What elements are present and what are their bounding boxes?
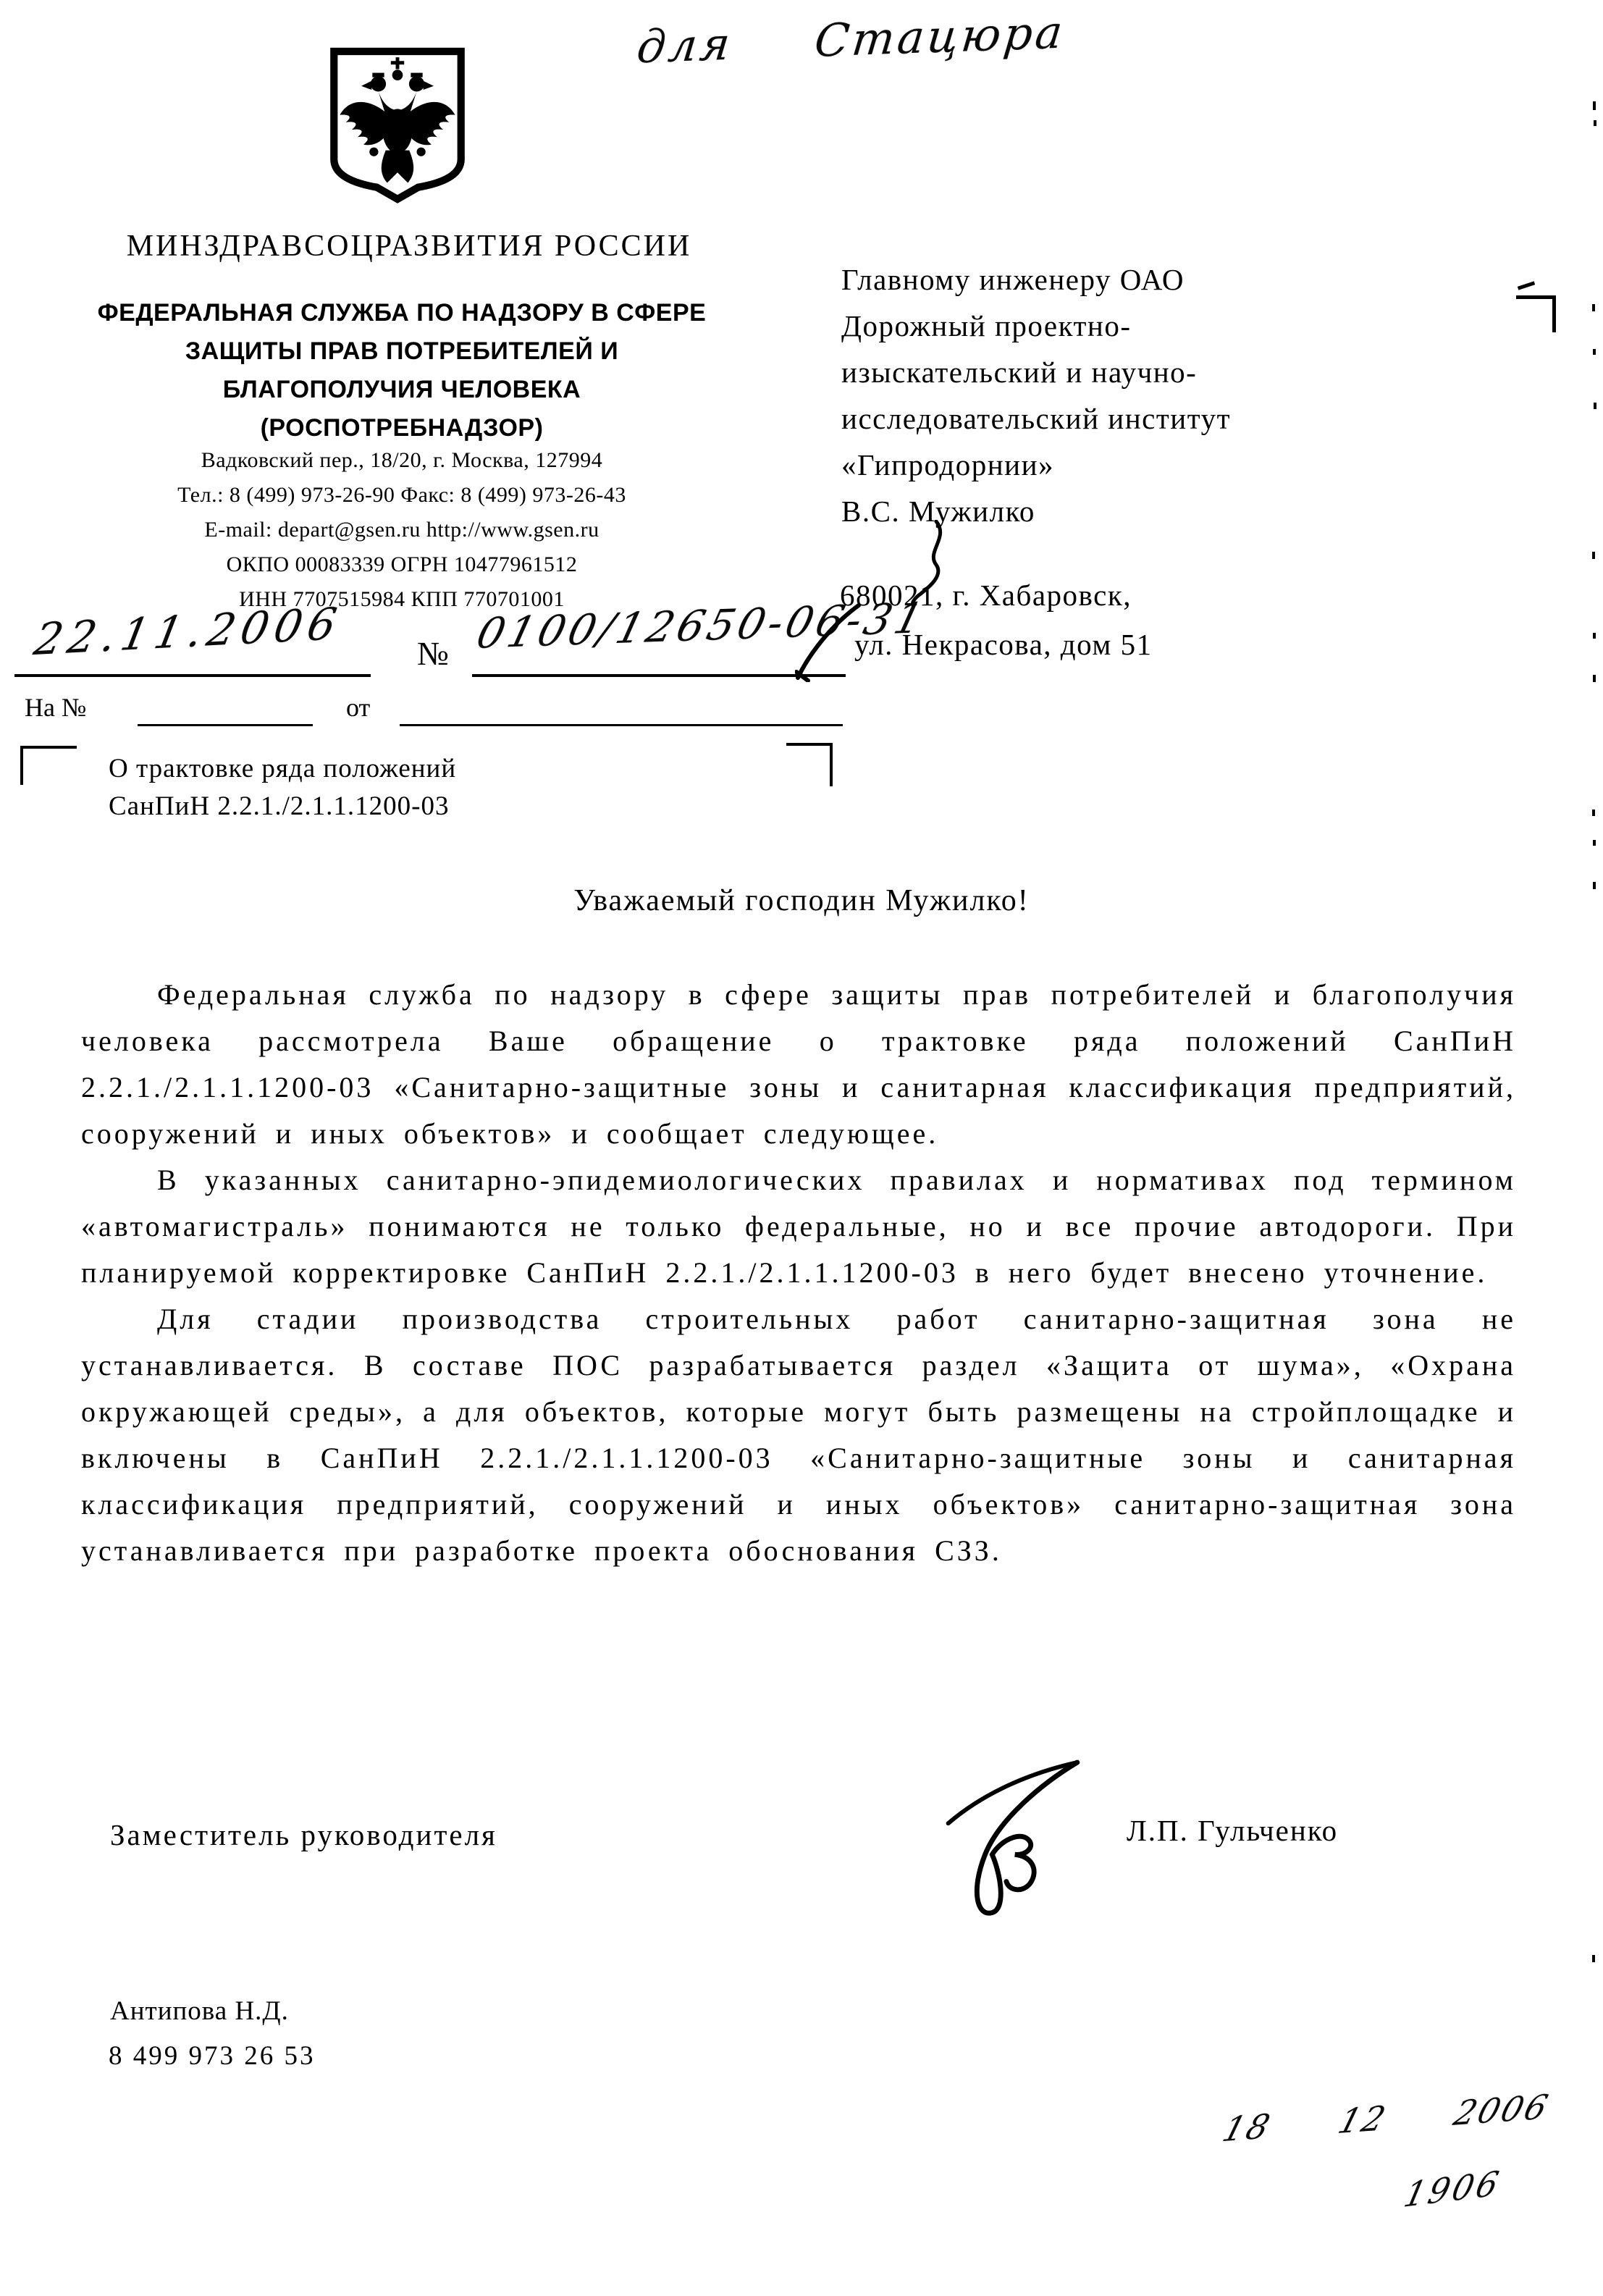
recipient-line: В.С. Мужилко: [841, 488, 1231, 534]
corner-mark: [20, 746, 77, 785]
scan-noise-mark: [1593, 840, 1596, 846]
agency-name-block: ФЕДЕРАЛЬНАЯ СЛУЖБА ПО НАДЗОРУ В СФЕРЕ ЗА…: [28, 294, 776, 447]
signer-name: Л.П. Гульченко: [1127, 1813, 1338, 1848]
scan-noise-mark: [1592, 552, 1595, 559]
body-paragraph: Федеральная служба по надзору в сфере за…: [81, 972, 1516, 1157]
scan-noise-mark: [1593, 349, 1596, 355]
recipient-line: исследовательский институт: [841, 395, 1231, 442]
reply-date-underline: [400, 724, 843, 726]
letterhead-phone-fax: Тел.: 8 (499) 973-26-90 Факс: 8 (499) 97…: [28, 478, 776, 513]
recipient-line: Дорожный проектно-: [841, 303, 1231, 349]
pen-tick-mark: [1518, 281, 1535, 290]
corner-mark: [1516, 295, 1556, 332]
letterhead-address: Вадковский пер., 18/20, г. Москва, 12799…: [28, 443, 776, 478]
recipient-line: «Гипродорнии»: [841, 442, 1231, 488]
agency-line: (РОСПОТРЕБНАДЗОР): [28, 409, 776, 447]
scan-noise-mark: [1594, 120, 1596, 126]
scan-noise-mark: [1594, 403, 1596, 409]
scan-noise-mark: [1593, 675, 1596, 682]
handwritten-bottom-number: 1906: [1400, 2163, 1505, 2215]
recipient-block: Главному инженеру ОАО Дорожный проектно-…: [841, 256, 1231, 534]
reply-from-label: от: [346, 692, 370, 723]
subject-line: СанПиН 2.2.1./2.1.1.1200-03: [109, 788, 456, 825]
signer-title: Заместитель руководителя: [110, 1817, 497, 1852]
scan-noise-mark: [1593, 633, 1596, 639]
scan-noise-mark: [1593, 101, 1596, 110]
corner-mark: [786, 743, 833, 786]
scan-noise-mark: [1592, 1955, 1595, 1962]
agency-line: БЛАГОПОЛУЧИЯ ЧЕЛОВЕКА: [28, 371, 776, 409]
salutation: Уважаемый господин Мужилко!: [0, 883, 1603, 918]
executor-phone: 8 499 973 26 53: [109, 2040, 316, 2072]
russia-coat-of-arms-icon: [324, 46, 471, 204]
executor-name: Антипова Н.Д.: [110, 1996, 289, 2027]
body-paragraph: Для стадии производства строительных раб…: [81, 1296, 1516, 1574]
reply-number-underline: [138, 724, 313, 726]
subject-line: О трактовке ряда положений: [109, 750, 456, 788]
agency-line: ЗАЩИТЫ ПРАВ ПОТРЕБИТЕЛЕЙ И: [28, 332, 776, 371]
body-paragraph: В указанных санитарно-эпидемиологических…: [81, 1157, 1516, 1296]
scanned-letter-page: для Стацюра: [0, 0, 1603, 2296]
letterhead-email-site: E-mail: depart@gsen.ru http://www.gsen.r…: [28, 513, 776, 547]
reply-to-number-label: На №: [25, 692, 86, 723]
letter-body: Федеральная служба по надзору в сфере за…: [81, 972, 1516, 1574]
handwritten-check-stroke: [795, 602, 862, 682]
handwritten-bottom-date: 18 12 2006: [1219, 2087, 1554, 2150]
number-underline: [472, 674, 846, 677]
letterhead-details: Вадковский пер., 18/20, г. Москва, 12799…: [28, 443, 776, 617]
recipient-postal-city: 680021, г. Хабаровск,: [840, 578, 1132, 613]
letterhead-okpo-ogrn: ОКПО 00083339 ОГРН 10477961512: [28, 547, 776, 582]
date-underline: [14, 674, 371, 677]
scan-noise-mark: [1592, 810, 1595, 816]
scan-noise-mark: [1593, 882, 1596, 889]
ministry-name: МИНЗДРАВСОЦРАЗВИТИЯ РОССИИ: [0, 229, 818, 264]
number-sign-label: №: [417, 634, 449, 673]
recipient-line: изыскательский и научно-: [841, 349, 1231, 395]
agency-line: ФЕДЕРАЛЬНАЯ СЛУЖБА ПО НАДЗОРУ В СФЕРЕ: [28, 294, 776, 332]
recipient-street: ул. Некрасова, дом 51: [854, 627, 1153, 662]
handwritten-top-note: для Стацюра: [634, 6, 1068, 74]
signature-handwriting: [935, 1755, 1106, 1940]
scan-noise-mark: [1592, 304, 1595, 311]
recipient-line: Главному инженеру ОАО: [841, 256, 1231, 303]
subject-block: О трактовке ряда положений СанПиН 2.2.1.…: [109, 750, 456, 825]
